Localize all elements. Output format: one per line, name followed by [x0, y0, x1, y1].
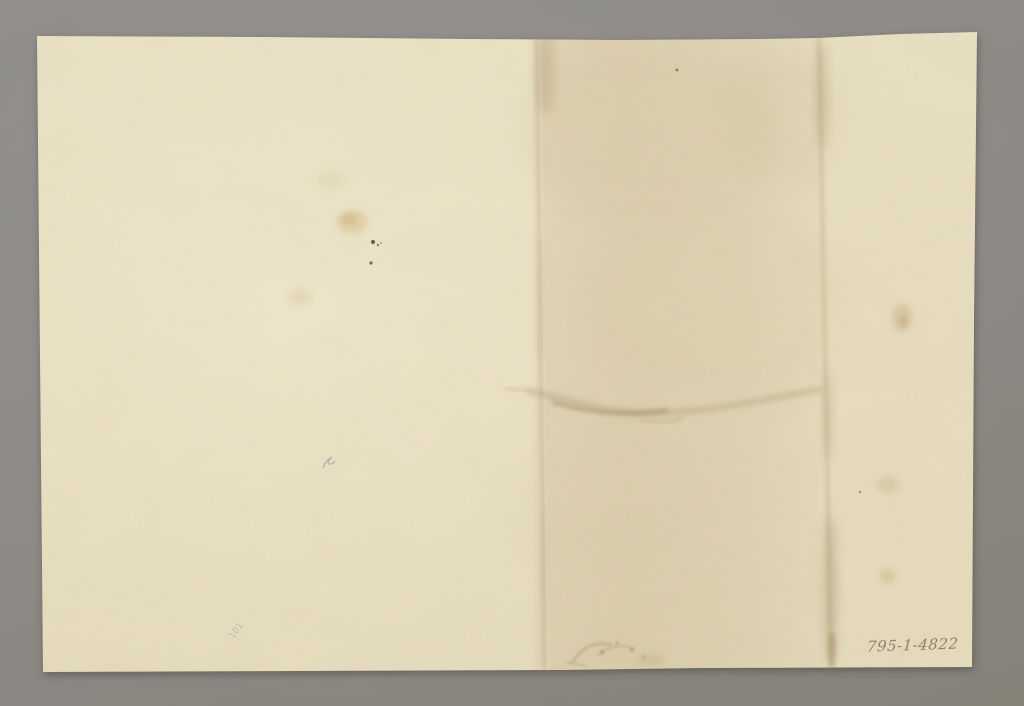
paper-texture [0, 0, 1024, 706]
paper-sheet: 101 795-1-4822 [0, 0, 1024, 706]
accession-number-inscription: 795-1-4822 [866, 634, 967, 656]
paper-shadow: 101 795-1-4822 [0, 0, 1024, 706]
paper-detail-overlay [0, 0, 1024, 706]
photo-backdrop: 101 795-1-4822 [0, 0, 1024, 706]
